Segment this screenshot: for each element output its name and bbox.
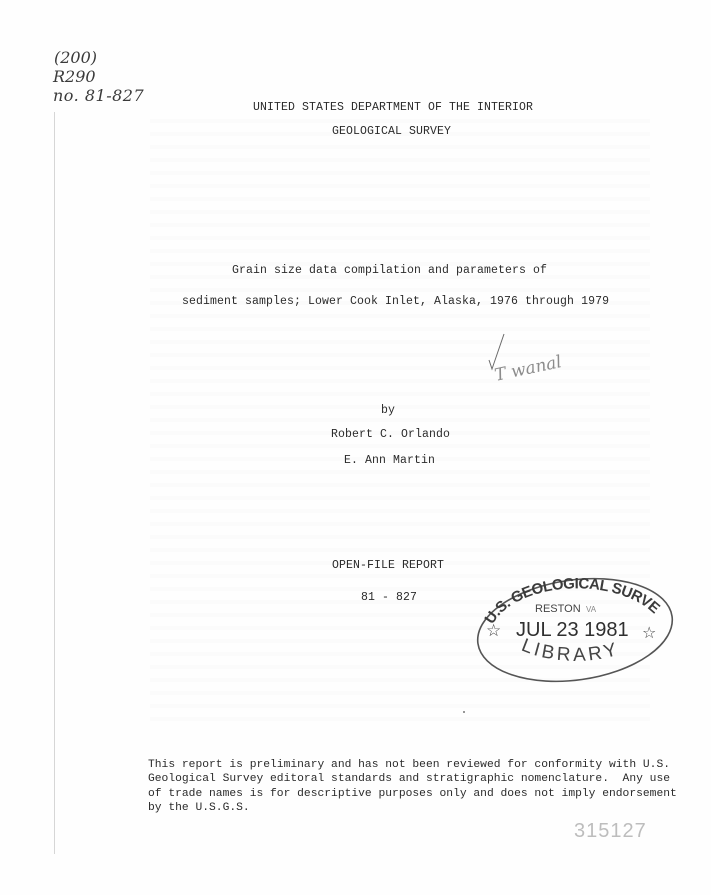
disclaimer-line: by the U.S.G.S. [148, 801, 708, 815]
document-page: (200) R290 no. 81-827 UNITED STATES DEPA… [0, 0, 711, 895]
handwritten-call-number-1: (200) [54, 49, 97, 67]
serial-number: 315127 [574, 820, 647, 843]
disclaimer-line: of trade names is for descriptive purpos… [148, 787, 708, 801]
author-name: Robert C. Orlando [331, 428, 450, 441]
handwritten-call-number-2: R290 [53, 68, 96, 86]
report-number: 81 - 827 [361, 591, 417, 604]
report-title-line-1: Grain size data compilation and paramete… [232, 264, 547, 277]
disclaimer-line: This report is preliminary and has not b… [148, 758, 708, 772]
star-icon: ☆ [486, 621, 501, 641]
margin-line [54, 112, 55, 854]
agency-heading: GEOLOGICAL SURVEY [332, 125, 451, 138]
byline-by: by [381, 404, 395, 417]
disclaimer-paragraph: This report is preliminary and has not b… [148, 758, 708, 815]
disclaimer-line: Geological Survey editoral standards and… [148, 772, 708, 786]
department-heading: UNITED STATES DEPARTMENT OF THE INTERIOR [253, 101, 533, 114]
report-type: OPEN-FILE REPORT [332, 559, 444, 572]
library-stamp: U.S. GEOLOGICAL SURVEY RESTON VA ☆ JUL 2… [468, 570, 678, 688]
star-icon: ☆ [642, 623, 656, 642]
report-title-line-2: sediment samples; Lower Cook Inlet, Alas… [182, 295, 609, 308]
stamp-location-suffix: VA [586, 605, 597, 614]
handwritten-call-number-3: no. 81-827 [53, 87, 144, 105]
ink-speck [463, 711, 465, 713]
author-name: E. Ann Martin [344, 454, 435, 467]
stamp-location: RESTON [535, 603, 581, 615]
